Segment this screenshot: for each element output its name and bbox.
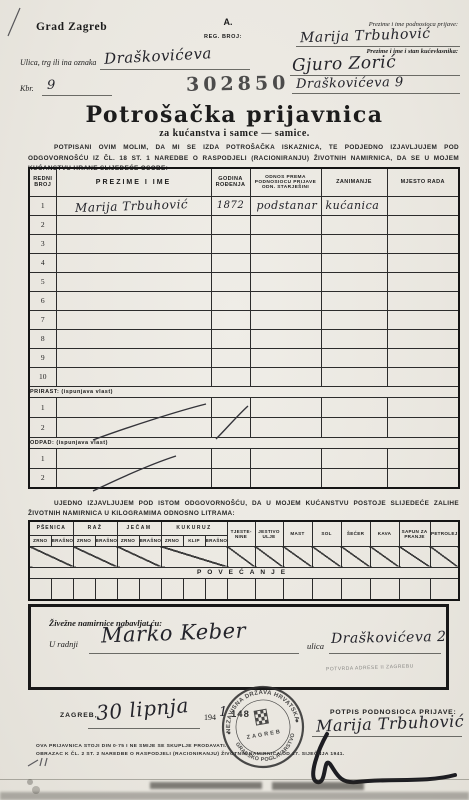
prirast-row: 1 <box>29 397 459 417</box>
reg-number-stamp: 302850 <box>186 72 290 96</box>
person-row: 1 Marija Trbuhović 1872 podstanar kućani… <box>29 196 459 215</box>
odpad-section-label-row: ODPAD: (ispunjava vlast) <box>29 437 459 448</box>
person-relation-handwriting: podstanar <box>251 199 321 212</box>
form-subtitle: za kućanstva i samce — samice. <box>0 128 469 139</box>
person-row: 3 <box>29 234 459 253</box>
person-row: 9 <box>29 348 459 367</box>
landlord-name-handwriting: Gjuro Zorić <box>292 52 397 76</box>
bottom-smudge <box>150 782 262 789</box>
person-year-handwriting: 1872 <box>212 200 250 211</box>
col-header-mjesto-rada: MJESTO RADA <box>387 168 459 196</box>
persons-table-header-row: REDNI BROJ PREZIME I IME GODINA ROĐENJA … <box>29 168 459 196</box>
col-header-odnos: ODNOS PREMA PODNOSIOCU PRIJAVE ODN. STAR… <box>250 168 321 196</box>
form-title: Potrošačka prijavnica <box>0 102 469 128</box>
odpad-label: ODPAD: (ispunjava vlast) <box>29 437 459 448</box>
group-psenica: PŠENICA <box>29 521 73 535</box>
group-tjestenine: TJESTE­NINE <box>227 521 255 546</box>
persons-table: REDNI BROJ PREZIME I IME GODINA ROĐENJA … <box>28 167 460 489</box>
group-sapun: SAPUN ZA PRANJE <box>399 521 430 546</box>
street-label: Ulica, trg ili ina oznaka <box>20 58 96 67</box>
odpad-row: 1 <box>29 448 459 468</box>
supplies-values-row <box>29 546 459 567</box>
person-row: 8 <box>29 329 459 348</box>
supplies-declaration-text: UJEDNO IZJAVLJUJEM POD ISTOM ODGOVORNOŠĆ… <box>28 499 459 520</box>
stamp-center-text: ZAGREB <box>246 729 282 741</box>
scribble-artifact <box>22 756 58 796</box>
shop-street-underline <box>329 653 441 654</box>
pen-mark-artifact <box>4 4 28 40</box>
footer-city-label: ZAGREB, <box>60 712 98 719</box>
coat-of-arms-icon <box>254 709 268 725</box>
house-number-value: 9 <box>47 78 56 93</box>
shop-street-handwriting: Draškovićeva 2 <box>331 629 447 647</box>
bottom-edge-line <box>0 779 469 780</box>
applicant-name-handwriting: Marija Trbuhović <box>300 26 431 47</box>
col-header-redni-broj: REDNI BROJ <box>29 168 56 196</box>
group-jecam: JEČAM <box>117 521 161 535</box>
person-occupation-handwriting: kućanica <box>322 199 387 212</box>
bottom-smudge <box>272 782 364 790</box>
street-value-handwriting: Draškovićeva <box>104 44 213 68</box>
group-kukuruz: KUKURUZ <box>161 521 227 535</box>
shop-radnja-label: U radnji <box>49 639 78 649</box>
svg-text:NEZAVISNA DRŽAVA HRVATSKA: NEZAVISNA DRŽAVA HRVATSKA <box>220 682 300 734</box>
col-header-godina: GODINA ROĐENJA <box>211 168 250 196</box>
prirast-row: 2 <box>29 417 459 437</box>
group-secer: ŠEĆER <box>341 521 370 546</box>
povecanje-row: POVEĆANJE <box>29 567 459 578</box>
povecanje-label: POVEĆANJE <box>29 567 459 578</box>
shop-name-underline <box>89 653 299 654</box>
stamp-top-text: NEZAVISNA DRŽAVA HRVATSKA <box>220 682 300 734</box>
street-underline <box>100 69 250 70</box>
date-underline <box>88 728 200 729</box>
person-row: 7 <box>29 310 459 329</box>
person-row: 10 <box>29 367 459 386</box>
person-row: 5 <box>29 272 459 291</box>
house-number-label: Kbr. <box>20 84 34 93</box>
prirast-label: PRIRAST: (ispunjava vlast) <box>29 386 459 397</box>
person-row: 4 <box>29 253 459 272</box>
person-row: 6 <box>29 291 459 310</box>
person-name-handwriting: Marija Trbuhović <box>56 196 210 215</box>
city-name: Grad Zagreb <box>36 21 107 33</box>
group-kava: KAVA <box>370 521 399 546</box>
house-number-underline <box>42 95 112 96</box>
prirast-section-label-row: PRIRAST: (ispunjava vlast) <box>29 386 459 397</box>
shop-name-handwriting: Marko Keber <box>101 618 247 647</box>
applicant-underline <box>296 46 460 47</box>
year-printed: 194 <box>204 713 216 722</box>
shop-street-label: ulica <box>307 641 324 651</box>
povecanje-values-row <box>29 578 459 600</box>
section-letter: A. <box>206 17 250 27</box>
group-petrolej: PETRO­LEJ <box>430 521 459 546</box>
date-handwriting: 30 lipnja <box>95 693 190 725</box>
legal-note-1: OVA PRIJAVNICA STOJI DIN 0·75 I NE SMIJE… <box>36 744 227 749</box>
group-jestivo-ulje: JESTIVO ULJE <box>255 521 283 546</box>
odpad-row: 2 <box>29 468 459 488</box>
group-mast: MAST <box>283 521 312 546</box>
shop-declaration-box: Živežne namirnice nabavljat ću: U radnji… <box>28 604 449 690</box>
group-sol: SOL <box>312 521 341 546</box>
supplies-group-header-row: PŠENICA RAŽ JEČAM KUKURUZ TJESTE­NINE JE… <box>29 521 459 535</box>
col-header-zanimanje: ZANIMANJE <box>321 168 387 196</box>
person-row: 2 <box>29 215 459 234</box>
supplies-table: PŠENICA RAŽ JEČAM KUKURUZ TJESTE­NINE JE… <box>28 520 460 601</box>
col-header-prezime-ime: PREZIME I IME <box>56 168 211 196</box>
legal-note-2: OBRAZAC K ČL. 2 ST. 2 NAREDBE O RASPODJE… <box>36 752 345 757</box>
shop-stamp-note: POTVRDA ADRESE II ZAGREBU <box>326 663 414 672</box>
bottom-smudge <box>0 792 469 800</box>
landlord-address-handwriting: Draškovićeva 9 <box>296 75 404 92</box>
document-page: Grad Zagreb Ulica, trg ili ina oznaka Dr… <box>0 0 469 800</box>
group-raz: RAŽ <box>73 521 117 535</box>
landlord-address-underline <box>292 93 460 94</box>
reg-number-label: REG. BROJ: <box>204 34 242 40</box>
